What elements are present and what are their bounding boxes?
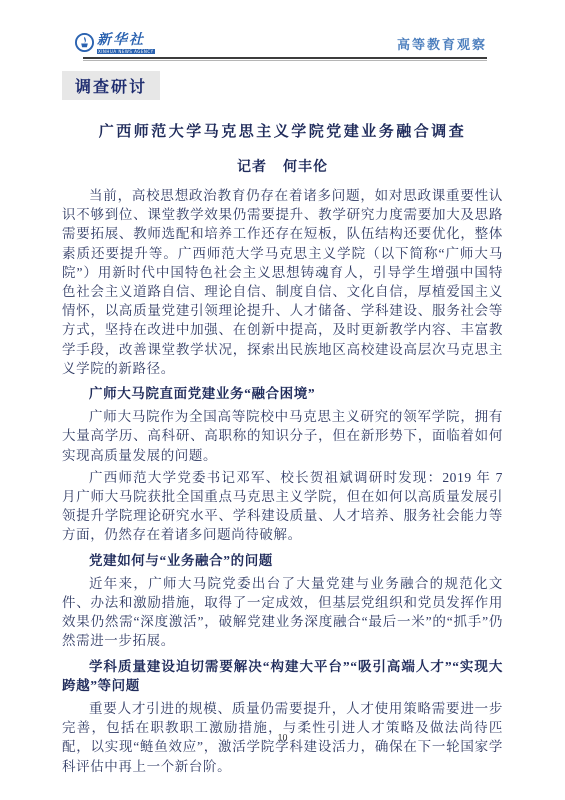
byline-role: 记者 [237,160,267,175]
xinhua-emblem-icon [75,33,94,52]
article-paragraph: 广师大马院作为全国高等院校中马克思主义研究的领军学院，拥有大量高学历、高科研、高… [62,407,503,465]
header-divider [83,57,487,61]
article-subheading: 党建如何与“业务融合”的问题 [62,551,503,570]
article-subheading: 广师大马院直面党建业务“融合困境” [62,384,503,403]
article-body: 当前，高校思想政治教育仍存在着诸多问题，如对思政课重要性认识不够到位、课堂教学效… [62,186,503,776]
article-title: 广西师范大学马克思主义学院党建业务融合调查 [62,120,503,141]
article-byline: 记者何丰伦 [62,156,503,176]
logo-subtext: XINHUA NEWS AGENCY [97,49,155,54]
section-label-box: 调查研讨 [62,71,160,100]
page-number: 10 [278,733,288,744]
xinhua-logo: 新华社 XINHUA NEWS AGENCY [75,33,155,54]
logo-text: 新华社 XINHUA NEWS AGENCY [97,33,155,54]
article-paragraph: 当前，高校思想政治教育仍存在着诸多问题，如对思政课重要性认识不够到位、课堂教学效… [62,186,503,378]
section-label: 调查研讨 [75,74,147,97]
page-header: 新华社 XINHUA NEWS AGENCY 高等教育观察 [62,33,503,57]
article-paragraph: 广西师范大学党委书记邓军、校长贺祖斌调研时发现：2019 年 7 月广师大马院获… [62,468,503,545]
article-subheading: 学科质量建设迫切需要解决“构建大平台”“吸引高端人才”“实现大跨越”等问题 [62,657,503,695]
page-footer: 10 [0,733,565,744]
logo-name: 新华社 [97,33,155,47]
byline-name: 何丰伦 [283,160,328,175]
article-paragraph: 近年来，广师大马院党委出台了大量党建与业务融合的规范化文件、办法和激励措施，取得… [62,574,503,651]
journal-name: 高等教育观察 [397,34,487,54]
document-page: 新华社 XINHUA NEWS AGENCY 高等教育观察 调查研讨 广西师范大… [0,0,565,800]
